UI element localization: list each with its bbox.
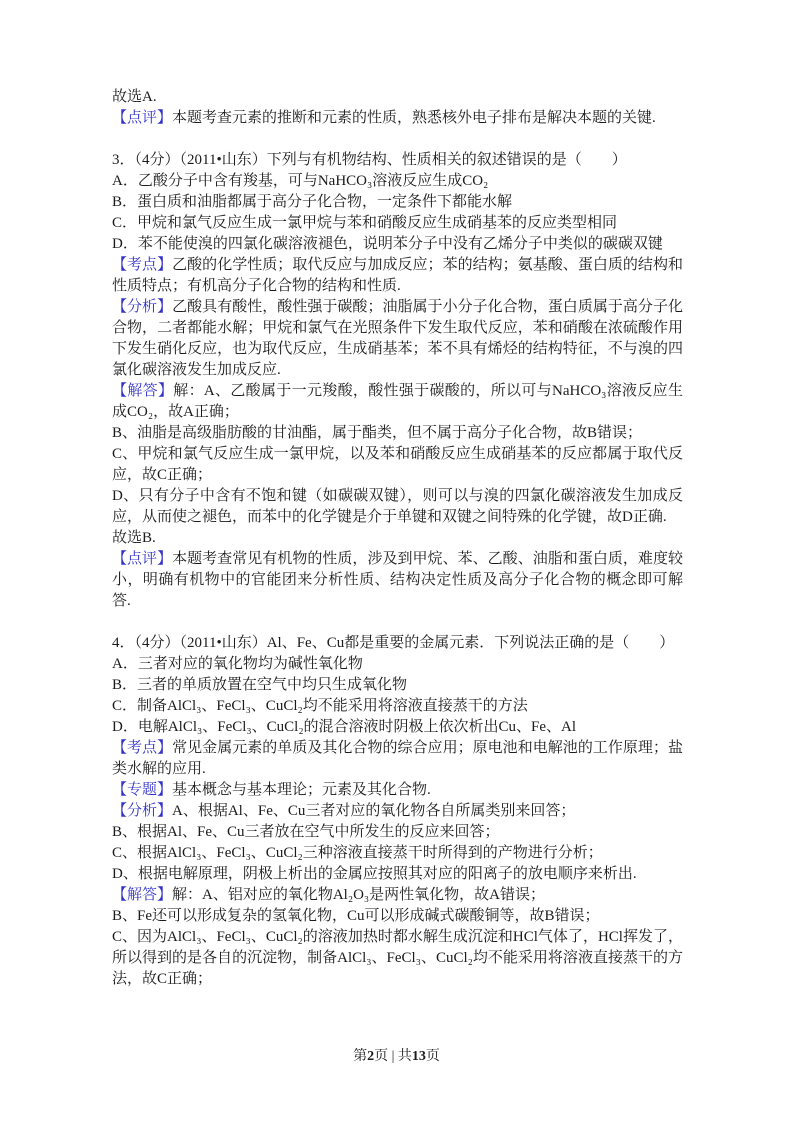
- q3-jieda-3: C、甲烷和氯气反应生成一氯甲烷，以及苯和硝酸反应生成硝基苯的反应都属于取代反应，…: [112, 444, 683, 486]
- tag-dianping: 【点评】: [112, 110, 172, 126]
- q3-jieda-4: D、只有分子中含有不饱和键（如碳碳双键），则可以与溴的四氯化碳溶液发生加成反应，…: [112, 486, 683, 528]
- q4-zhuanti-text: 基本概念与基本理论；元素及其化合物.: [172, 782, 431, 798]
- tag-fenxi: 【分析】: [112, 803, 172, 819]
- q4-option-a: A．三者对应的氧化物均为碱性氧化物: [112, 654, 683, 675]
- q3-dianping-text: 本题考查常见有机物的性质，涉及到甲烷、苯、乙酸、油脂和蛋白质，难度较小，明确有机…: [112, 551, 683, 609]
- q3-conclusion: 故选B.: [112, 528, 683, 549]
- q4-jieda-text-1: 解：A、铝对应的氧化物Al₂O₃是两性氧化物，故A错误；: [172, 887, 545, 903]
- q4-kaodian: 【考点】常见金属元素的单质及其化合物的综合应用；原电池和电解池的工作原理；盐类水…: [112, 738, 683, 780]
- tag-jieda: 【解答】: [112, 383, 173, 399]
- page-footer: 第2页 | 共13页: [0, 1045, 793, 1065]
- q4-fenxi-4: D、根据电解原理，阴极上析出的金属应按照其对应的阳离子的放电顺序来析出.: [112, 864, 683, 885]
- q4-kaodian-text: 常见金属元素的单质及其化合物的综合应用；原电池和电解池的工作原理；盐类水解的应用…: [112, 740, 683, 777]
- q4-option-b: B．三者的单质放置在空气中均只生成氧化物: [112, 675, 683, 696]
- q4-fenxi-text-1: A、根据Al、Fe、Cu三者对应的氧化物各自所属类别来回答；: [172, 803, 575, 819]
- q3-jieda-2: B、油脂是高级脂肪酸的甘油酯，属于酯类，但不属于高分子化合物，故B错误；: [112, 423, 683, 444]
- q4-fenxi-3: C、根据AlCl₃、FeCl₃、CuCl₂三种溶液直接蒸干时所得到的产物进行分析…: [112, 843, 683, 864]
- q3-kaodian: 【考点】乙酸的化学性质；取代反应与加成反应；苯的结构；氨基酸、蛋白质的结构和性质…: [112, 255, 683, 297]
- q4-fenxi-1: 【分析】A、根据Al、Fe、Cu三者对应的氧化物各自所属类别来回答；: [112, 801, 683, 822]
- q4-jieda-1: 【解答】解：A、铝对应的氧化物Al₂O₃是两性氧化物，故A错误；: [112, 885, 683, 906]
- q3-option-a: A．乙酸分子中含有羧基，可与NaHCO₃溶液反应生成CO₂: [112, 171, 683, 192]
- q3-fenxi: 【分析】乙酸具有酸性，酸性强于碳酸；油脂属于小分子化合物，蛋白质属于高分子化合物…: [112, 297, 683, 381]
- q3-jieda-1: 【解答】解：A、乙酸属于一元羧酸，酸性强于碳酸的，所以可与NaHCO₃溶液反应生…: [112, 381, 683, 423]
- footer-total-pages: 13: [412, 1049, 426, 1064]
- tag-kaodian: 【考点】: [112, 740, 172, 756]
- tag-fenxi: 【分析】: [112, 299, 172, 315]
- q4-fenxi-2: B、根据Al、Fe、Cu三者放在空气中所发生的反应来回答；: [112, 822, 683, 843]
- q2-comment: 【点评】本题考查元素的推断和元素的性质，熟悉核外电子排布是解决本题的关键.: [112, 108, 683, 129]
- q3-option-b: B．蛋白质和油脂都属于高分子化合物，一定条件下都能水解: [112, 192, 683, 213]
- q4-jieda-3: C、因为AlCl₃、FeCl₃、CuCl₂的溶液加热时都水解生成沉淀和HCl气体…: [112, 927, 683, 990]
- q4-zhuanti: 【专题】基本概念与基本理论；元素及其化合物.: [112, 780, 683, 801]
- tag-dianping: 【点评】: [112, 551, 172, 567]
- footer-page-suffix: 页: [426, 1049, 440, 1064]
- q3-fenxi-text: 乙酸具有酸性，酸性强于碳酸；油脂属于小分子化合物，蛋白质属于高分子化合物，二者都…: [112, 299, 683, 378]
- q2-comment-text: 本题考查元素的推断和元素的性质，熟悉核外电子排布是解决本题的关键.: [172, 110, 656, 126]
- q4-stem: 4．（4分）（2011•山东）Al、Fe、Cu都是重要的金属元素．下列说法正确的…: [112, 633, 683, 654]
- document-page: 故选A. 【点评】本题考查元素的推断和元素的性质，熟悉核外电子排布是解决本题的关…: [0, 0, 793, 1122]
- footer-page-prefix: 第: [353, 1049, 367, 1064]
- q2-conclusion: 故选A.: [112, 87, 683, 108]
- q4-option-d: D．电解AlCl₃、FeCl₃、CuCl₂的混合溶液时阴极上依次析出Cu、Fe、…: [112, 717, 683, 738]
- q3-stem: 3．（4分）（2011•山东）下列与有机物结构、性质相关的叙述错误的是（ ）: [112, 150, 683, 171]
- q4-jieda-2: B、Fe还可以形成复杂的氢氧化物，Cu可以形成碱式碳酸铜等，故B错误；: [112, 906, 683, 927]
- q4-option-c: C．制备AlCl₃、FeCl₃、CuCl₂均不能采用将溶液直接蒸干的方法: [112, 696, 683, 717]
- page-content: 故选A. 【点评】本题考查元素的推断和元素的性质，熟悉核外电子排布是解决本题的关…: [112, 87, 683, 990]
- tag-zhuanti: 【专题】: [112, 782, 172, 798]
- q3-option-c: C．甲烷和氯气反应生成一氯甲烷与苯和硝酸反应生成硝基苯的反应类型相同: [112, 213, 683, 234]
- q3-kaodian-text: 乙酸的化学性质；取代反应与加成反应；苯的结构；氨基酸、蛋白质的结构和性质特点；有…: [112, 257, 683, 294]
- tag-kaodian: 【考点】: [112, 257, 172, 273]
- q3-jieda-text-1: 解：A、乙酸属于一元羧酸，酸性强于碳酸的，所以可与NaHCO₃溶液反应生成CO₂…: [112, 383, 683, 420]
- tag-jieda: 【解答】: [112, 887, 172, 903]
- q3-option-d: D．苯不能使溴的四氯化碳溶液褪色，说明苯分子中没有乙烯分子中类似的碳碳双键: [112, 234, 683, 255]
- q3-dianping: 【点评】本题考查常见有机物的性质，涉及到甲烷、苯、乙酸、油脂和蛋白质，难度较小，…: [112, 549, 683, 612]
- footer-page-middle: 页 | 共: [374, 1049, 412, 1064]
